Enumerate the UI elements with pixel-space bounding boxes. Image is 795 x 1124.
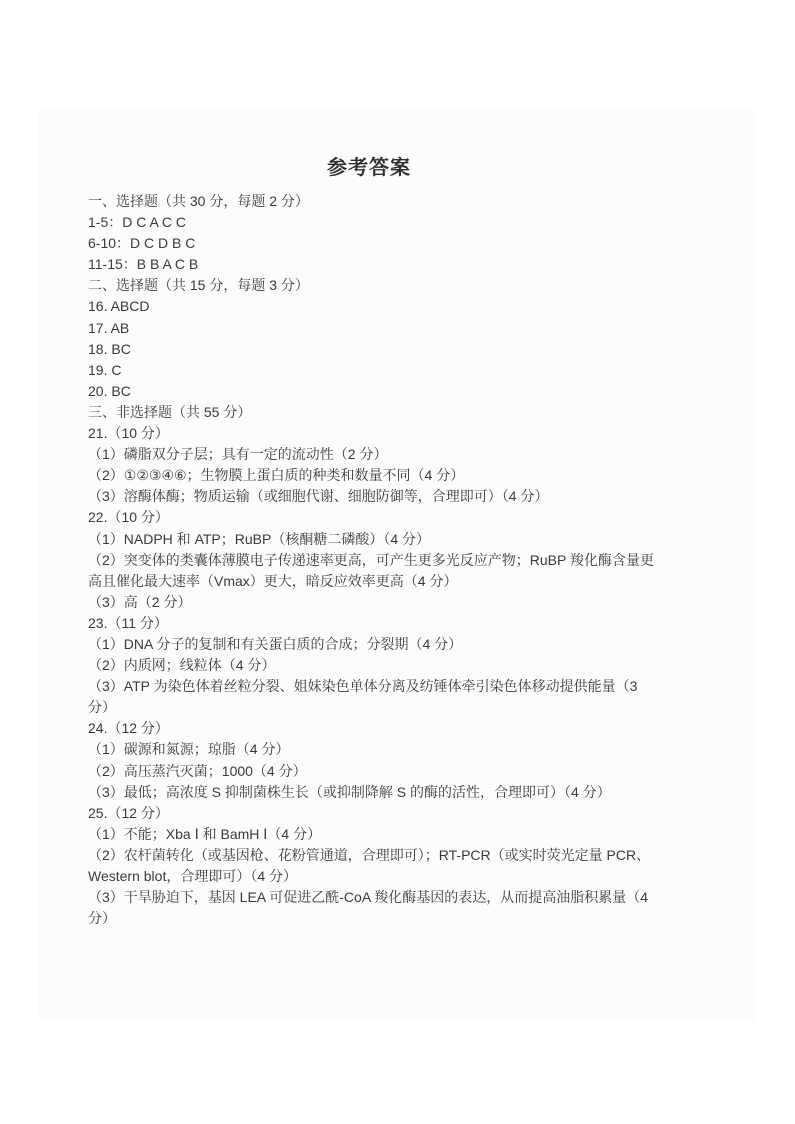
q22-part1: （1）NADPH 和 ATP；RuBP（核酮糖二磷酸）（4 分） [88, 529, 688, 550]
question-23-heading: 23.（11 分） [88, 613, 688, 634]
question-21-heading: 21.（10 分） [88, 423, 688, 444]
question-22-heading: 22.（10 分） [88, 507, 688, 528]
q24-part2: （2）高压蒸汽灭菌；1000（4 分） [88, 761, 688, 782]
q24-part1: （1）碳源和氮源；琼脂（4 分） [88, 739, 688, 760]
q23-part2: （2）内质网；线粒体（4 分） [88, 655, 688, 676]
answer-16: 16. ABCD [88, 296, 688, 317]
q22-part3: （3）高（2 分） [88, 592, 688, 613]
answer-19: 19. C [88, 360, 688, 381]
q21-part3: （3）溶酶体酶；物质运输（或细胞代谢、细胞防御等，合理即可）（4 分） [88, 486, 688, 507]
question-25-heading: 25.（12 分） [88, 803, 688, 824]
q25-part2-line1: （2）农杆菌转化（或基因枪、花粉管通道，合理即可）；RT-PCR（或实时荧光定量… [88, 845, 688, 866]
section3-heading: 三、非选择题（共 55 分） [88, 402, 688, 423]
answer-20: 20. BC [88, 381, 688, 402]
question-24-heading: 24.（12 分） [88, 718, 688, 739]
answers-6-10: 6-10：D C D B C [88, 233, 688, 254]
q25-part3-line1: （3）干旱胁迫下，基因 LEA 可促进乙酰-CoA 羧化酶基因的表达，从而提高油… [88, 887, 688, 908]
q25-part1: （1）不能；Xba Ⅰ 和 BamH Ⅰ（4 分） [88, 824, 688, 845]
document-page: 参考答案 一、选择题（共 30 分，每题 2 分） 1-5：D C A C C … [38, 110, 755, 1022]
page-title: 参考答案 [88, 156, 650, 180]
section1-heading: 一、选择题（共 30 分，每题 2 分） [88, 191, 688, 212]
answer-18: 18. BC [88, 339, 688, 360]
q21-part1: （1）磷脂双分子层；具有一定的流动性（2 分） [88, 444, 688, 465]
q22-part2-line2: 高且催化最大速率（Vmax）更大，暗反应效率更高（4 分） [88, 571, 688, 592]
section2-heading: 二、选择题（共 15 分，每题 3 分） [88, 275, 688, 296]
q25-part2-line2: Western blot，合理即可）（4 分） [88, 866, 688, 887]
q23-part1: （1）DNA 分子的复制和有关蛋白质的合成；分裂期（4 分） [88, 634, 688, 655]
answers-11-15: 11-15：B B A C B [88, 254, 688, 275]
q23-part3-line2: 分） [88, 697, 688, 718]
answer-17: 17. AB [88, 318, 688, 339]
q23-part3-line1: （3）ATP 为染色体着丝粒分裂、姐妹染色单体分离及纺锤体牵引染色体移动提供能量… [88, 676, 688, 697]
q21-part2: （2）①②③④⑥；生物膜上蛋白质的种类和数量不同（4 分） [88, 465, 688, 486]
answers-1-5: 1-5：D C A C C [88, 212, 688, 233]
q22-part2-line1: （2）突变体的类囊体薄膜电子传递速率更高，可产生更多光反应产物；RuBP 羧化酶… [88, 550, 688, 571]
q24-part3: （3）最低；高浓度 S 抑制菌株生长（或抑制降解 S 的酶的活性，合理即可）（4… [88, 782, 688, 803]
q25-part3-line2: 分） [88, 908, 688, 929]
document-content: 参考答案 一、选择题（共 30 分，每题 2 分） 1-5：D C A C C … [88, 156, 688, 929]
